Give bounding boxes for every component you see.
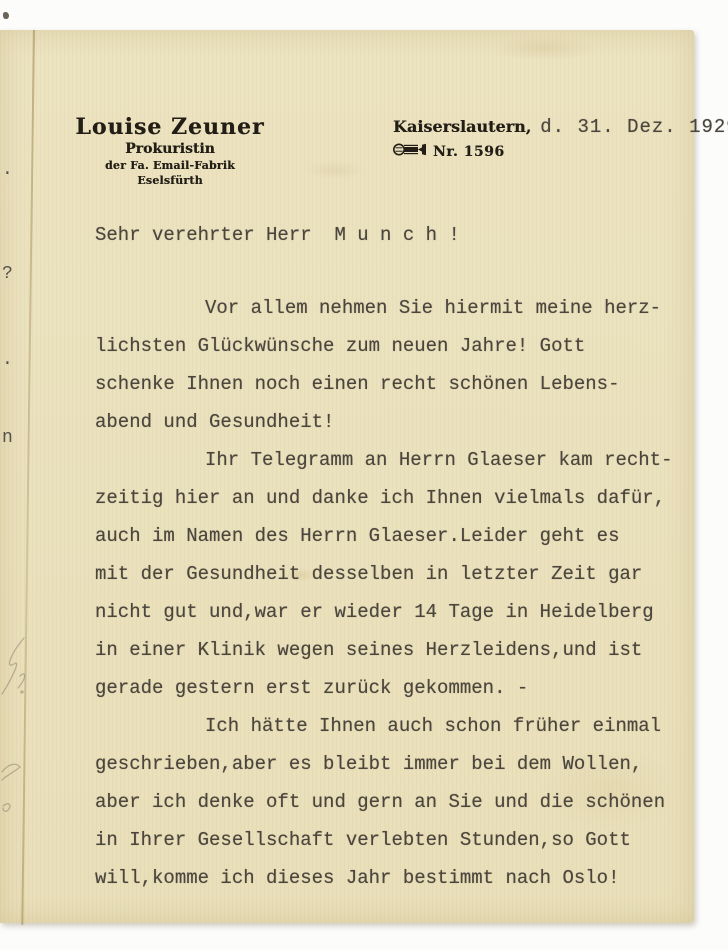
telephone-icon [393, 142, 427, 162]
letter-paper: Louise Zeuner Prokuristin der Fa. Email-… [0, 30, 694, 923]
edge-typed-fragment: . [2, 160, 13, 180]
typed-line: geschrieben,aber es bleibt immer bei dem… [95, 747, 685, 785]
typed-line: in Ihrer Gesellschaft verlebten Stunden,… [95, 823, 685, 861]
place-label: Kaiserslautern, [393, 117, 531, 136]
typed-line: abend und Gesundheit! [95, 405, 685, 443]
edge-typed-fragment: n [2, 428, 13, 448]
typed-line: lichsten Glückwünsche zum neuen Jahre! G… [95, 329, 685, 367]
typed-line: nicht gut und,war er wieder 14 Tage in H… [95, 595, 685, 633]
letter-body: Vor allem nehmen Sie hiermit meine herz-… [95, 291, 685, 899]
letterhead-date-block: Kaiserslautern, d. 31. Dez. 1929 Nr. 159… [393, 116, 728, 162]
sender-company: der Fa. Email-Fabrik Eselsfürth [72, 158, 268, 188]
typed-line: will,komme ich dieses Jahr bestimmt nach… [95, 861, 685, 899]
edge-typed-fragment: ? [2, 264, 13, 284]
sender-title: Prokuristin [72, 140, 268, 158]
typed-line: mit der Gesundheit desselben in letzter … [95, 557, 685, 595]
sender-name: Louise Zeuner [72, 114, 268, 140]
scanned-letter-page: { "scan": { "paper_color": "#ece3c1", "t… [0, 0, 728, 950]
letterhead-sender-block: Louise Zeuner Prokuristin der Fa. Email-… [72, 114, 268, 188]
scan-speck [3, 12, 9, 19]
pencil-marks [0, 630, 30, 850]
edge-typed-fragment: . [2, 350, 13, 370]
typed-line: in einer Klinik wegen seines Herzleidens… [95, 633, 685, 671]
salutation-line: Sehr verehrter Herr M u n c h ! [95, 220, 460, 250]
phone-number: Nr. 1596 [433, 144, 505, 160]
typed-line: schenke Ihnen noch einen recht schönen L… [95, 367, 685, 405]
typed-line: zeitig hier an und danke ich Ihnen vielm… [95, 481, 685, 519]
typed-line: gerade gestern erst zurück gekommen. - [95, 671, 685, 709]
typed-line: Ich hätte Ihnen auch schon früher einmal [95, 709, 685, 747]
typed-line: Ihr Telegramm an Herrn Glaeser kam recht… [95, 443, 685, 481]
typed-line: Vor allem nehmen Sie hiermit meine herz- [95, 291, 685, 329]
typed-line: auch im Namen des Herrn Glaeser.Leider g… [95, 519, 685, 557]
typed-date: d. 31. Dez. 1929 [540, 116, 728, 138]
typed-line: aber ich denke oft und gern an Sie und d… [95, 785, 685, 823]
